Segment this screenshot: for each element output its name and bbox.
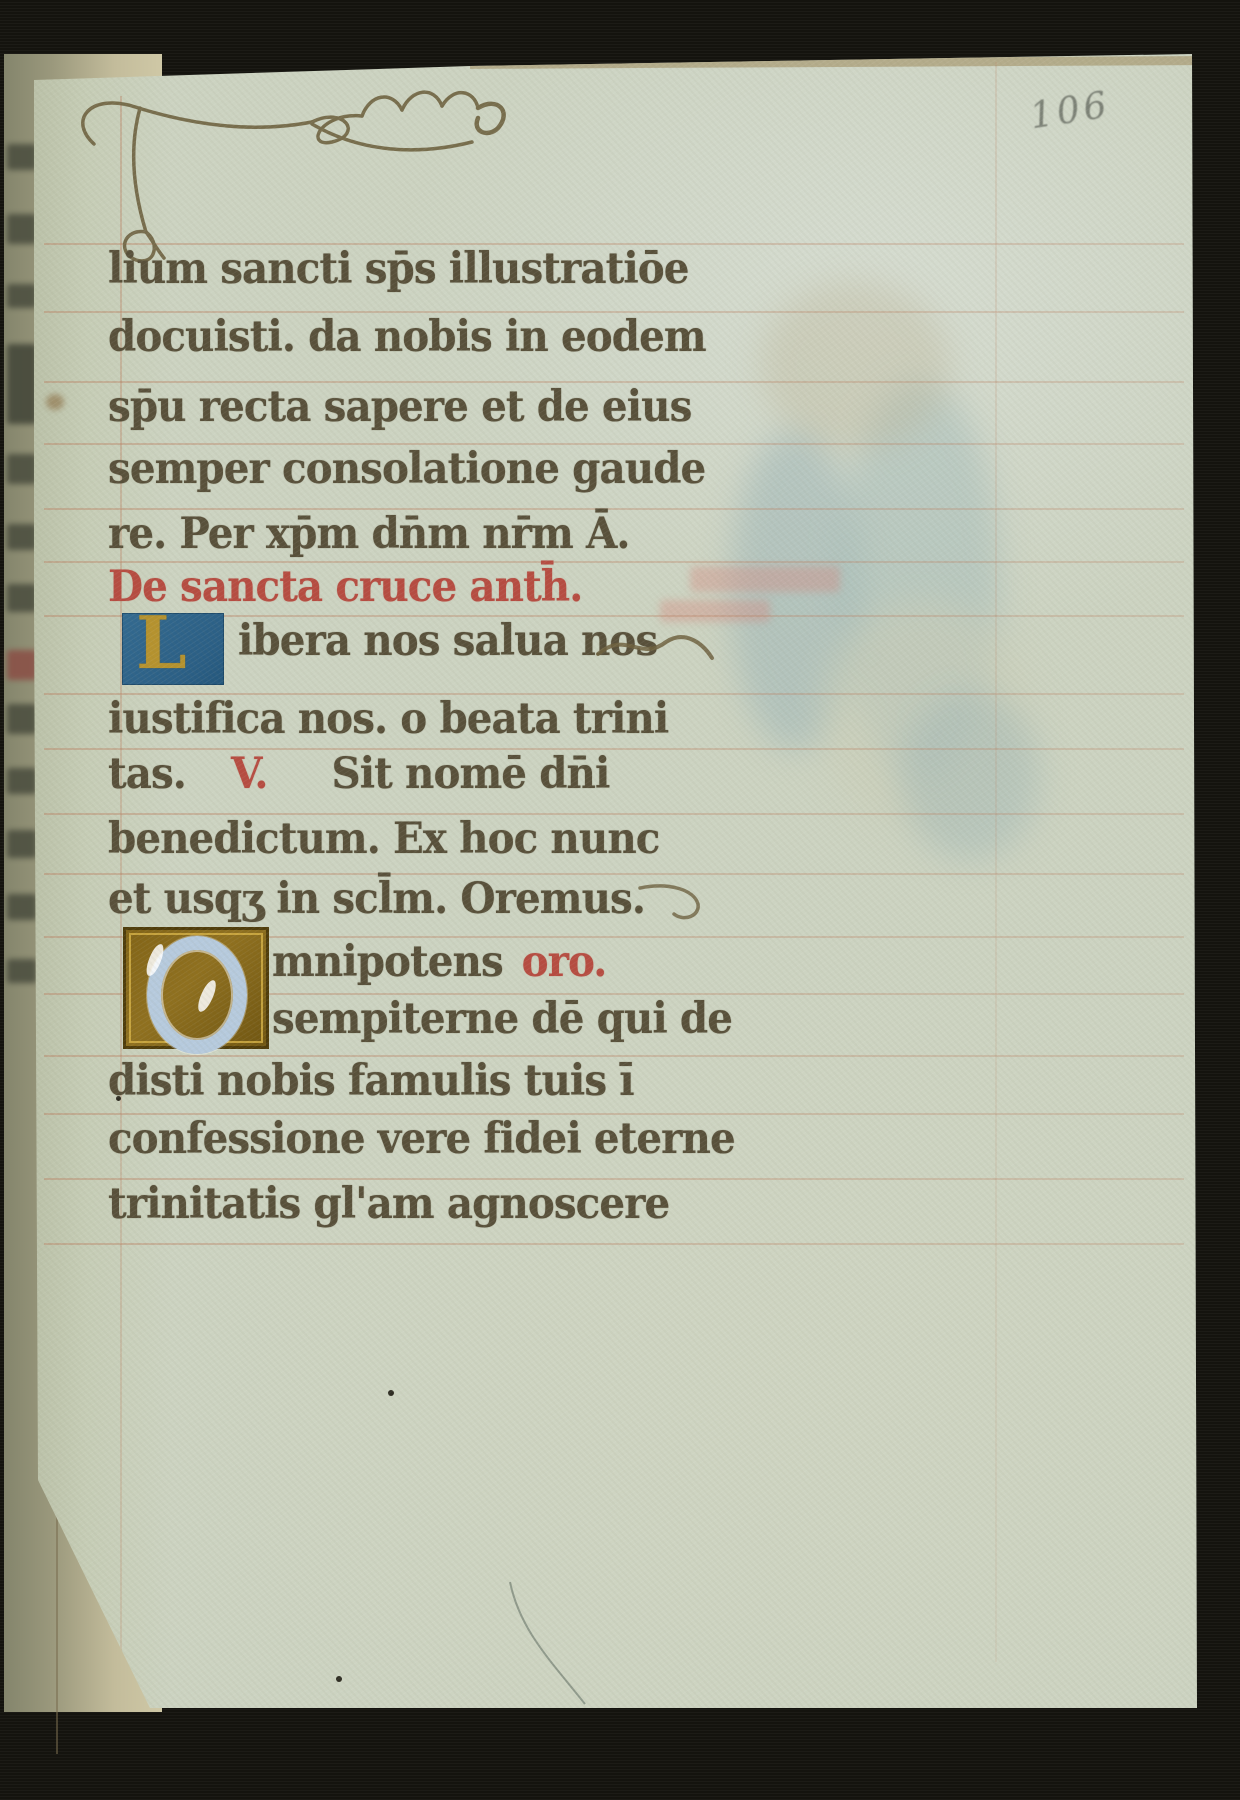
ruling-vertical-right (995, 62, 997, 1662)
line-text: sempiterne dē qui de (272, 990, 732, 1048)
line-text: iustifica nos. o beata trini (108, 690, 668, 748)
gutter-text-showthrough (7, 284, 37, 308)
oratio-rubric: oro. (522, 933, 607, 991)
gutter-text-showthrough (7, 959, 37, 983)
gutter-text-showthrough (7, 704, 37, 734)
manuscript-page: lium sancti sp̄s illustratiōe docuisti. … (0, 0, 1240, 1800)
initial-letter-L: L (136, 601, 187, 685)
oremus-flourish (636, 880, 706, 924)
gutter-text-showthrough (7, 894, 37, 920)
text-line: et usqʒ in scl̄m. Oremus. (108, 870, 645, 932)
line-text: sp̄u recta sapere et de eius (108, 378, 691, 436)
line-text: ibera nos salua nos (238, 612, 657, 670)
rubric-offset-stain (690, 566, 840, 592)
showthrough-blob (760, 280, 950, 450)
speck (336, 1676, 342, 1682)
folio-number: 106 (1027, 83, 1122, 138)
stain (46, 394, 64, 410)
line-text: docuisti. da nobis in eodem (108, 308, 706, 366)
line-text: lium sancti sp̄s illustratiōe (108, 240, 689, 298)
text-line: ibera nos salua nos (238, 612, 657, 674)
line-filler-flourish (596, 628, 716, 668)
line-text: semper consolatione gaude (108, 440, 705, 498)
versicle-mark: V. (231, 745, 267, 803)
text-line: sempiterne dē qui de (272, 990, 732, 1052)
gutter-rubric-showthrough (7, 650, 37, 680)
gutter-text-showthrough (7, 584, 37, 612)
line-text: re. Per xp̄m dn̄m nr̄m Ā. (108, 505, 630, 563)
gutter-text-showthrough (7, 344, 37, 424)
line-text: disti nobis famulis tuis ī (108, 1052, 634, 1110)
text-line: sp̄u recta sapere et de eius (108, 378, 691, 440)
line-text: trinitatis gl'am agnoscere (108, 1175, 669, 1233)
text-line: iustifica nos. o beata trini (108, 690, 668, 752)
text-line: docuisti. da nobis in eodem (108, 308, 706, 370)
gutter-text-showthrough (7, 214, 37, 244)
text-line: benedictum. Ex hoc nunc (108, 810, 659, 872)
text-line: confessione vere fidei eterne (108, 1110, 735, 1172)
speck (388, 1390, 394, 1396)
line-text: et usqʒ in scl̄m. Oremus. (108, 870, 645, 928)
gutter-text-showthrough (7, 830, 37, 858)
gutter-text-showthrough (7, 524, 37, 550)
rubric-offset-stain (660, 600, 770, 622)
showthrough-blob (900, 690, 1040, 860)
cadel-pen-flourish (60, 82, 500, 262)
line-text: Sit nomē dn̄i (331, 745, 609, 803)
line-text: benedictum. Ex hoc nunc (108, 810, 659, 868)
text-line: disti nobis famulis tuis ī (108, 1052, 634, 1114)
speck (116, 1096, 121, 1101)
illuminated-initial-L: L (122, 613, 224, 685)
ruling-line (44, 1243, 1184, 1245)
text-line: semper consolatione gaude (108, 440, 705, 502)
text-line: mnipotensoro. (272, 933, 606, 995)
gutter-text-showthrough (7, 144, 37, 170)
text-line: tas.V.Sit nomē dn̄i (108, 745, 609, 807)
manuscript-photo: { "page": { "folio_number": "106", "desc… (0, 0, 1240, 1800)
text-line: trinitatis gl'am agnoscere (108, 1175, 669, 1237)
gutter-text-showthrough (7, 768, 37, 794)
hair-scratch (480, 1580, 600, 1710)
line-text: mnipotens (272, 933, 503, 991)
page-top-edge (470, 56, 1192, 69)
text-line: lium sancti sp̄s illustratiōe (108, 240, 689, 302)
line-text: tas. (108, 745, 186, 803)
gutter-text-showthrough (7, 454, 37, 484)
line-text: confessione vere fidei eterne (108, 1110, 735, 1168)
illuminated-initial-O (123, 927, 269, 1049)
